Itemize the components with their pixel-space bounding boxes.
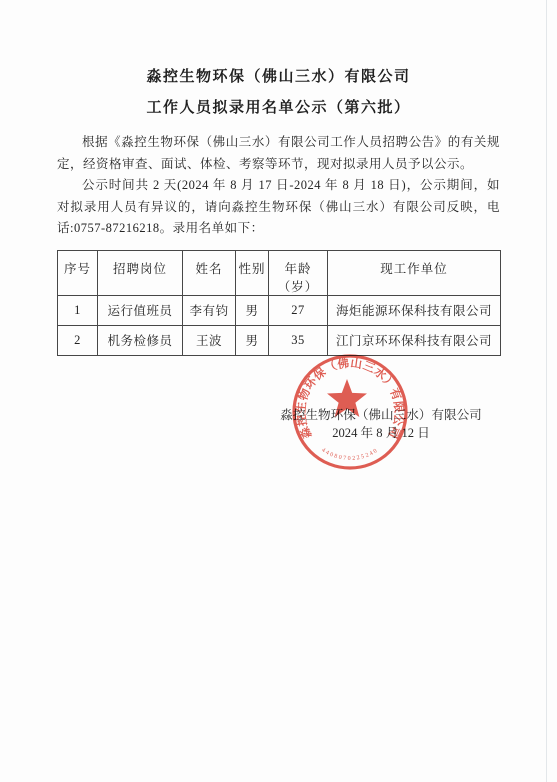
cell-position: 运行值班员 bbox=[98, 295, 183, 325]
col-header-name: 姓名 bbox=[183, 250, 236, 295]
cell-name: 王波 bbox=[183, 325, 236, 355]
col-header-gender: 性别 bbox=[236, 250, 269, 295]
table-header-row: 序号 招聘岗位 姓名 性别 年龄（岁） 现工作单位 bbox=[58, 250, 501, 295]
col-header-age: 年龄（岁） bbox=[269, 250, 328, 295]
cell-position: 机务检修员 bbox=[98, 325, 183, 355]
doc-title-line2: 工作人员拟录用名单公示（第六批） bbox=[57, 97, 500, 119]
cell-current-employer: 江门京环环保科技有限公司 bbox=[328, 325, 501, 355]
signature-block: 淼控生物环保（佛山三水）有限公司 2024 年 8 月 12 日 bbox=[280, 406, 482, 442]
table-row: 2 机务检修员 王波 男 35 江门京环环保科技有限公司 bbox=[58, 325, 501, 355]
cell-age: 27 bbox=[269, 295, 328, 325]
cell-index: 2 bbox=[58, 325, 98, 355]
doc-title-line1: 淼控生物环保（佛山三水）有限公司 bbox=[57, 66, 500, 88]
col-header-position: 招聘岗位 bbox=[98, 250, 183, 295]
document-page: 淼控生物环保（佛山三水）有限公司 工作人员拟录用名单公示（第六批） 根据《淼控生… bbox=[0, 0, 557, 782]
col-header-current-employer: 现工作单位 bbox=[328, 250, 501, 295]
seal-serial-number: 4408070225240 bbox=[320, 447, 380, 462]
col-header-index: 序号 bbox=[58, 250, 98, 295]
cell-index: 1 bbox=[58, 295, 98, 325]
cell-current-employer: 海炬能源环保科技有限公司 bbox=[328, 295, 501, 325]
cell-gender: 男 bbox=[236, 325, 269, 355]
roster-table: 序号 招聘岗位 姓名 性别 年龄（岁） 现工作单位 1 运行值班员 李有钧 男 … bbox=[57, 250, 501, 356]
table-row: 1 运行值班员 李有钧 男 27 海炬能源环保科技有限公司 bbox=[58, 295, 501, 325]
paragraph-publicity-period: 公示时间共 2 天(2024 年 8 月 17 日-2024 年 8 月 18 … bbox=[57, 175, 500, 240]
cell-gender: 男 bbox=[236, 295, 269, 325]
body-paragraphs: 根据《淼控生物环保（佛山三水）有限公司工作人员招聘公告》的有关规定，经资格审查、… bbox=[57, 132, 500, 240]
scan-edge-line bbox=[546, 0, 547, 782]
signature-date: 2024 年 8 月 12 日 bbox=[280, 424, 482, 442]
document-content: 淼控生物环保（佛山三水）有限公司 工作人员拟录用名单公示（第六批） 根据《淼控生… bbox=[57, 66, 500, 356]
signature-company: 淼控生物环保（佛山三水）有限公司 bbox=[280, 406, 482, 424]
paragraph-basis: 根据《淼控生物环保（佛山三水）有限公司工作人员招聘公告》的有关规定，经资格审查、… bbox=[57, 132, 500, 175]
cell-name: 李有钧 bbox=[183, 295, 236, 325]
cell-age: 35 bbox=[269, 325, 328, 355]
